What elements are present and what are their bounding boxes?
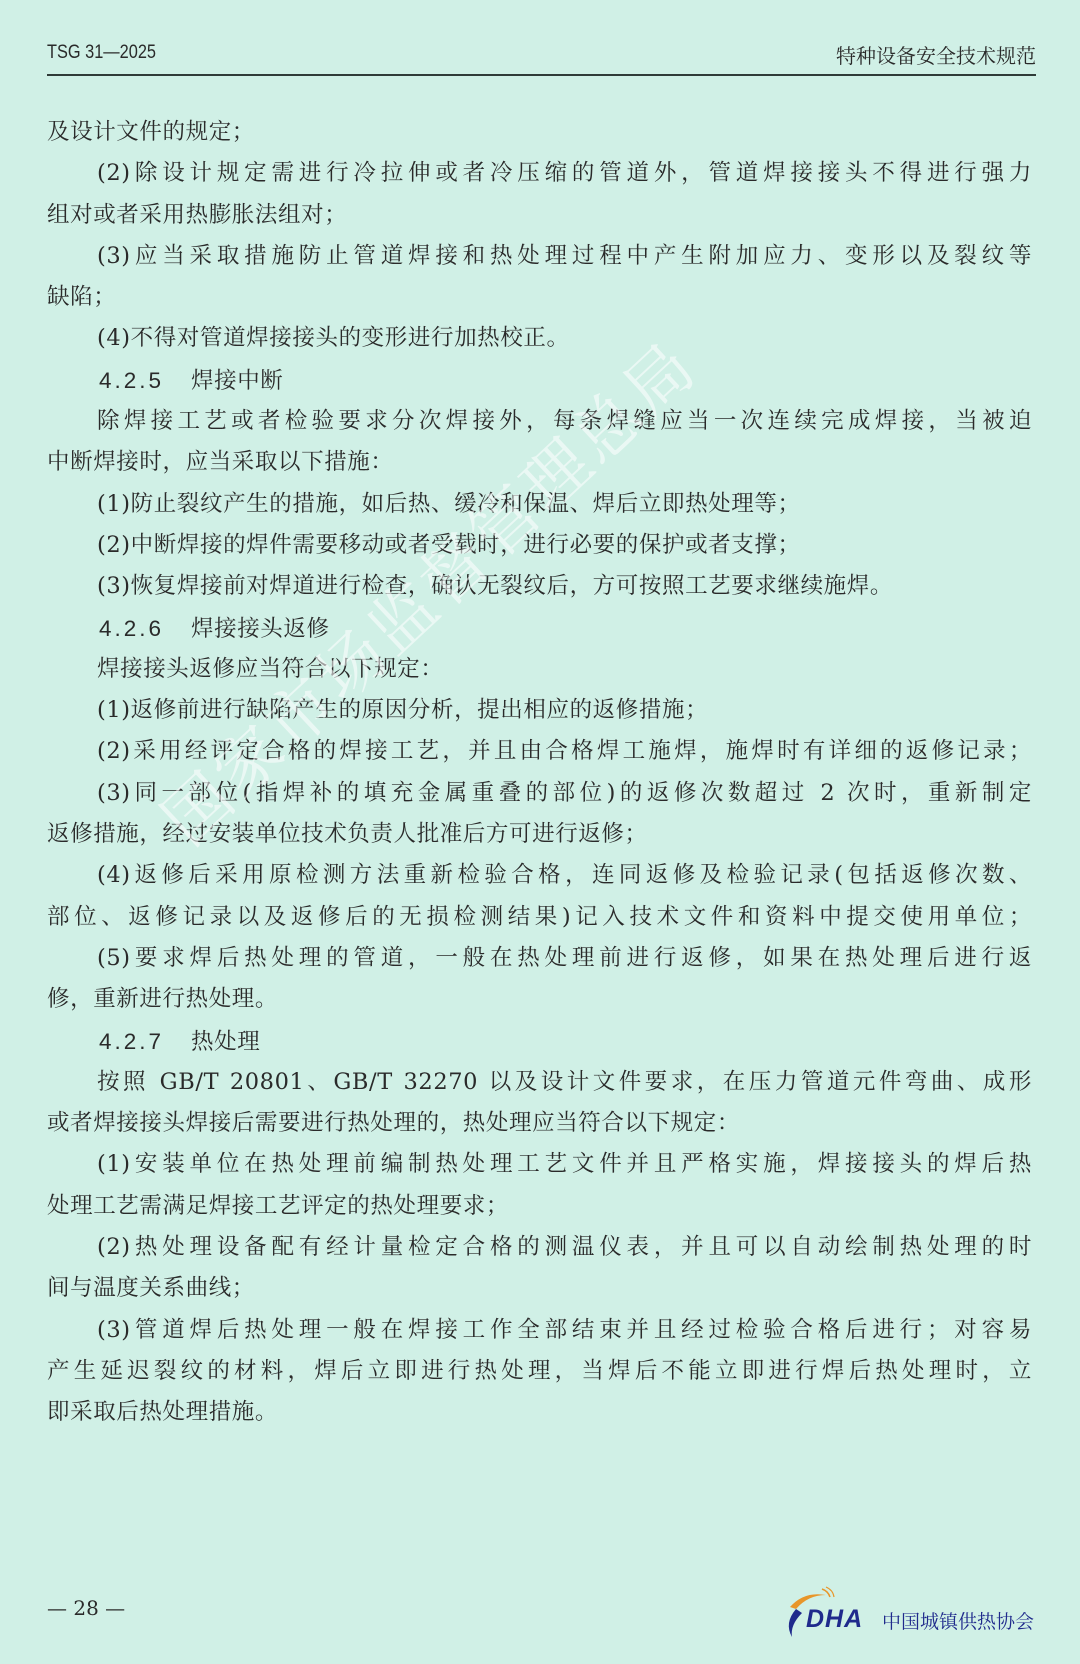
text-line: 焊接接头返修应当符合以下规定： — [47, 649, 1032, 690]
section-number: 4.2.6 — [99, 608, 191, 649]
text-line: 缺陷； — [47, 277, 1032, 318]
text-line: 间与温度关系曲线； — [47, 1268, 1032, 1309]
text-line: 按照 GB/T 20801、GB/T 32270 以及设计文件要求，在压力管道元… — [47, 1062, 1032, 1103]
series-title: 特种设备安全技术规范 — [836, 40, 1036, 69]
text-line: 产生延迟裂纹的材料，焊后立即进行热处理，当焊后不能立即进行焊后热处理时，立 — [47, 1351, 1032, 1392]
page-header: TSG 31—2025 特种设备安全技术规范 — [47, 38, 1036, 76]
text-line: (2)采用经评定合格的焊接工艺，并且由合格焊工施焊，施焊时有详细的返修记录； — [47, 731, 1032, 772]
section-heading: 4.2.7热处理 — [47, 1021, 1032, 1062]
text-line: (2)热处理设备配有经计量检定合格的测温仪表，并且可以自动绘制热处理的时 — [47, 1227, 1032, 1268]
page-number: — 28 — — [47, 1596, 125, 1620]
section-heading: 4.2.5焊接中断 — [47, 360, 1032, 401]
text-line: (3)同一部位(指焊补的填充金属重叠的部位)的返修次数超过 2 次时，重新制定 — [47, 773, 1032, 814]
text-line: 部位、返修记录以及返修后的无损检测结果)记入技术文件和资料中提交使用单位； — [47, 897, 1032, 938]
logo-abbr: DHA — [806, 1605, 863, 1634]
text-line: (2)中断焊接的焊件需要移动或者受载时，进行必要的保护或者支撑； — [47, 525, 1032, 566]
text-line: 组对或者采用热膨胀法组对； — [47, 195, 1032, 236]
text-line: 修，重新进行热处理。 — [47, 979, 1032, 1020]
text-line: (5)要求焊后热处理的管道，一般在热处理前进行返修，如果在热处理后进行返 — [47, 938, 1032, 979]
text-line: (1)安装单位在热处理前编制热处理工艺文件并且严格实施，焊接接头的焊后热 — [47, 1144, 1032, 1185]
text-line: (3)应当采取措施防止管道焊接和热处理过程中产生附加应力、变形以及裂纹等 — [47, 236, 1032, 277]
doc-code: TSG 31—2025 — [47, 42, 156, 64]
text-line: 处理工艺需满足焊接工艺评定的热处理要求； — [47, 1186, 1032, 1227]
text-line: (1)返修前进行缺陷产生的原因分析，提出相应的返修措施； — [47, 690, 1032, 731]
text-line: (4)返修后采用原检测方法重新检验合格，连同返修及检验记录(包括返修次数、 — [47, 855, 1032, 896]
document-body: 及设计文件的规定；(2)除设计规定需进行冷拉伸或者冷压缩的管道外，管道焊接接头不… — [47, 112, 1032, 1434]
text-line: 中断焊接时，应当采取以下措施： — [47, 442, 1032, 483]
text-line: (2)除设计规定需进行冷拉伸或者冷压缩的管道外，管道焊接接头不得进行强力 — [47, 153, 1032, 194]
text-line: 及设计文件的规定； — [47, 112, 1032, 153]
text-line: (3)恢复焊接前对焊道进行检查，确认无裂纹后，方可按照工艺要求继续施焊。 — [47, 566, 1032, 607]
publisher-logo: DHA 中国城镇供热协会 — [782, 1585, 1062, 1641]
logo-org-name: 中国城镇供热协会 — [882, 1607, 1034, 1634]
section-title: 焊接中断 — [191, 368, 283, 394]
text-line: 除焊接工艺或者检验要求分次焊接外，每条焊缝应当一次连续完成焊接，当被迫 — [47, 401, 1032, 442]
text-line: (4)不得对管道焊接接头的变形进行加热校正。 — [47, 318, 1032, 359]
text-line: 即采取后热处理措施。 — [47, 1392, 1032, 1433]
text-line: 返修措施，经过安装单位技术负责人批准后方可进行返修； — [47, 814, 1032, 855]
text-line: (3)管道焊后热处理一般在焊接工作全部结束并且经过检验合格后进行；对容易 — [47, 1310, 1032, 1351]
section-title: 焊接接头返修 — [191, 616, 330, 642]
text-line: (1)防止裂纹产生的措施，如后热、缓冷和保温、焊后立即热处理等； — [47, 484, 1032, 525]
section-number: 4.2.5 — [99, 360, 191, 401]
section-number: 4.2.7 — [99, 1021, 191, 1062]
section-heading: 4.2.6焊接接头返修 — [47, 608, 1032, 649]
text-line: 或者焊接接头焊接后需要进行热处理的，热处理应当符合以下规定： — [47, 1103, 1032, 1144]
section-title: 热处理 — [191, 1029, 260, 1055]
